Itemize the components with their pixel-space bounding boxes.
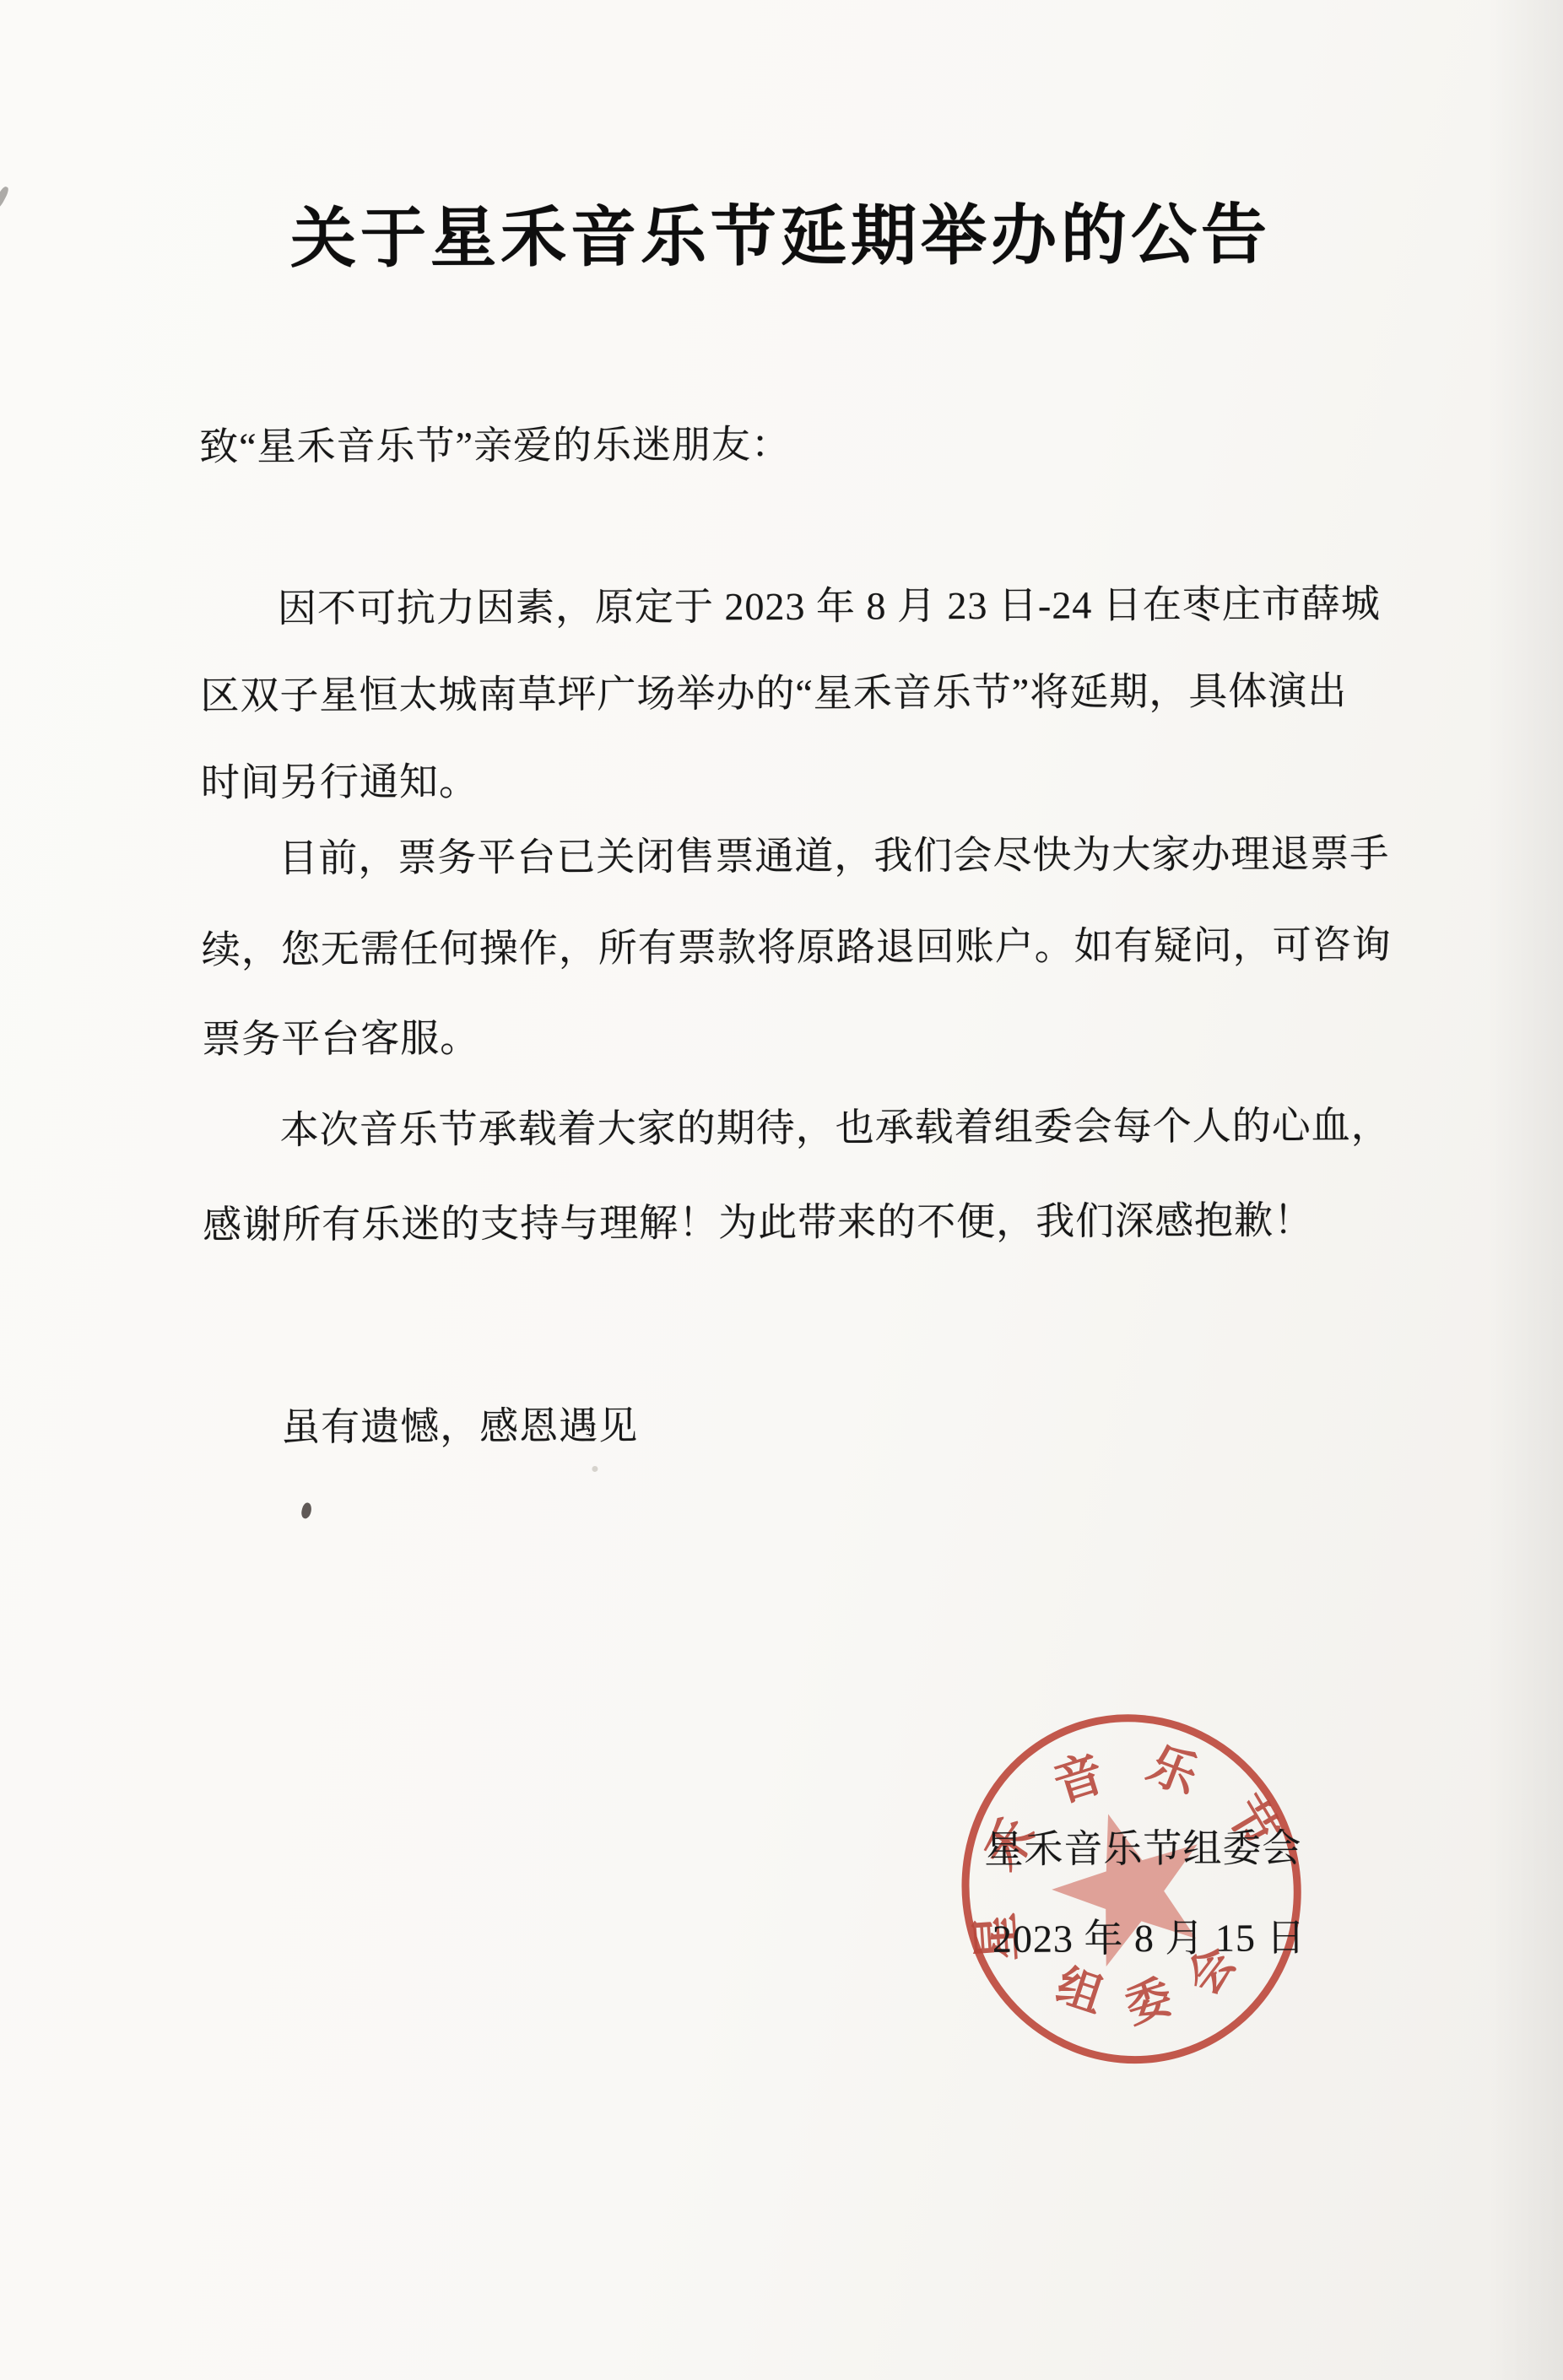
stamp-rotated-group: 星禾音乐节 组委会: [945, 1701, 1318, 2074]
page-title: 关于星禾音乐节延期举办的公告: [198, 181, 1363, 281]
document-content: 关于星禾音乐节延期举办的公告 致“星禾音乐节”亲爱的乐迷朋友： 因不可抗力因素，…: [0, 0, 1563, 2380]
body-line: 目前，票务平台已关闭售票通道，我们会尽快为大家办理退票手: [279, 823, 1389, 884]
body-line: 感谢所有乐迷的支持与理解！为此带来的不便，我们深感抱歉！: [203, 1189, 1313, 1250]
scan-artifact-speck: [300, 1501, 313, 1519]
date-line: 2023 年 8 月 15 日: [992, 1907, 1306, 1964]
body-line: 票务平台客服。: [202, 1008, 479, 1064]
scan-artifact-dot: [592, 1466, 598, 1472]
body-line: 时间另行通知。: [201, 751, 479, 808]
scanned-announcement-page: 关于星禾音乐节延期举办的公告 致“星禾音乐节”亲爱的乐迷朋友： 因不可抗力因素，…: [0, 0, 1563, 2380]
official-stamp: 星禾音乐节 组委会: [945, 1701, 1318, 2074]
body-line: 续，您无需任何操作，所有票款将原路退回账户。如有疑问，可咨询: [202, 914, 1392, 975]
closing-line: 虽有遗憾，感恩遇见: [281, 1395, 638, 1452]
body-line: 本次音乐节承载着大家的期待，也承载着组委会每个人的心血，: [280, 1095, 1391, 1155]
signature-line: 星禾音乐节组委会: [984, 1817, 1301, 1874]
salutation-line: 致“星禾音乐节”亲爱的乐迷朋友：: [199, 414, 791, 472]
body-line: 区双子星恒太城南草坪广场举办的“星禾音乐节”将延期，具体演出: [200, 660, 1347, 721]
body-line: 因不可抗力因素，原定于 2023 年 8 月 23 日-24 日在枣庄市薛城: [278, 573, 1381, 634]
